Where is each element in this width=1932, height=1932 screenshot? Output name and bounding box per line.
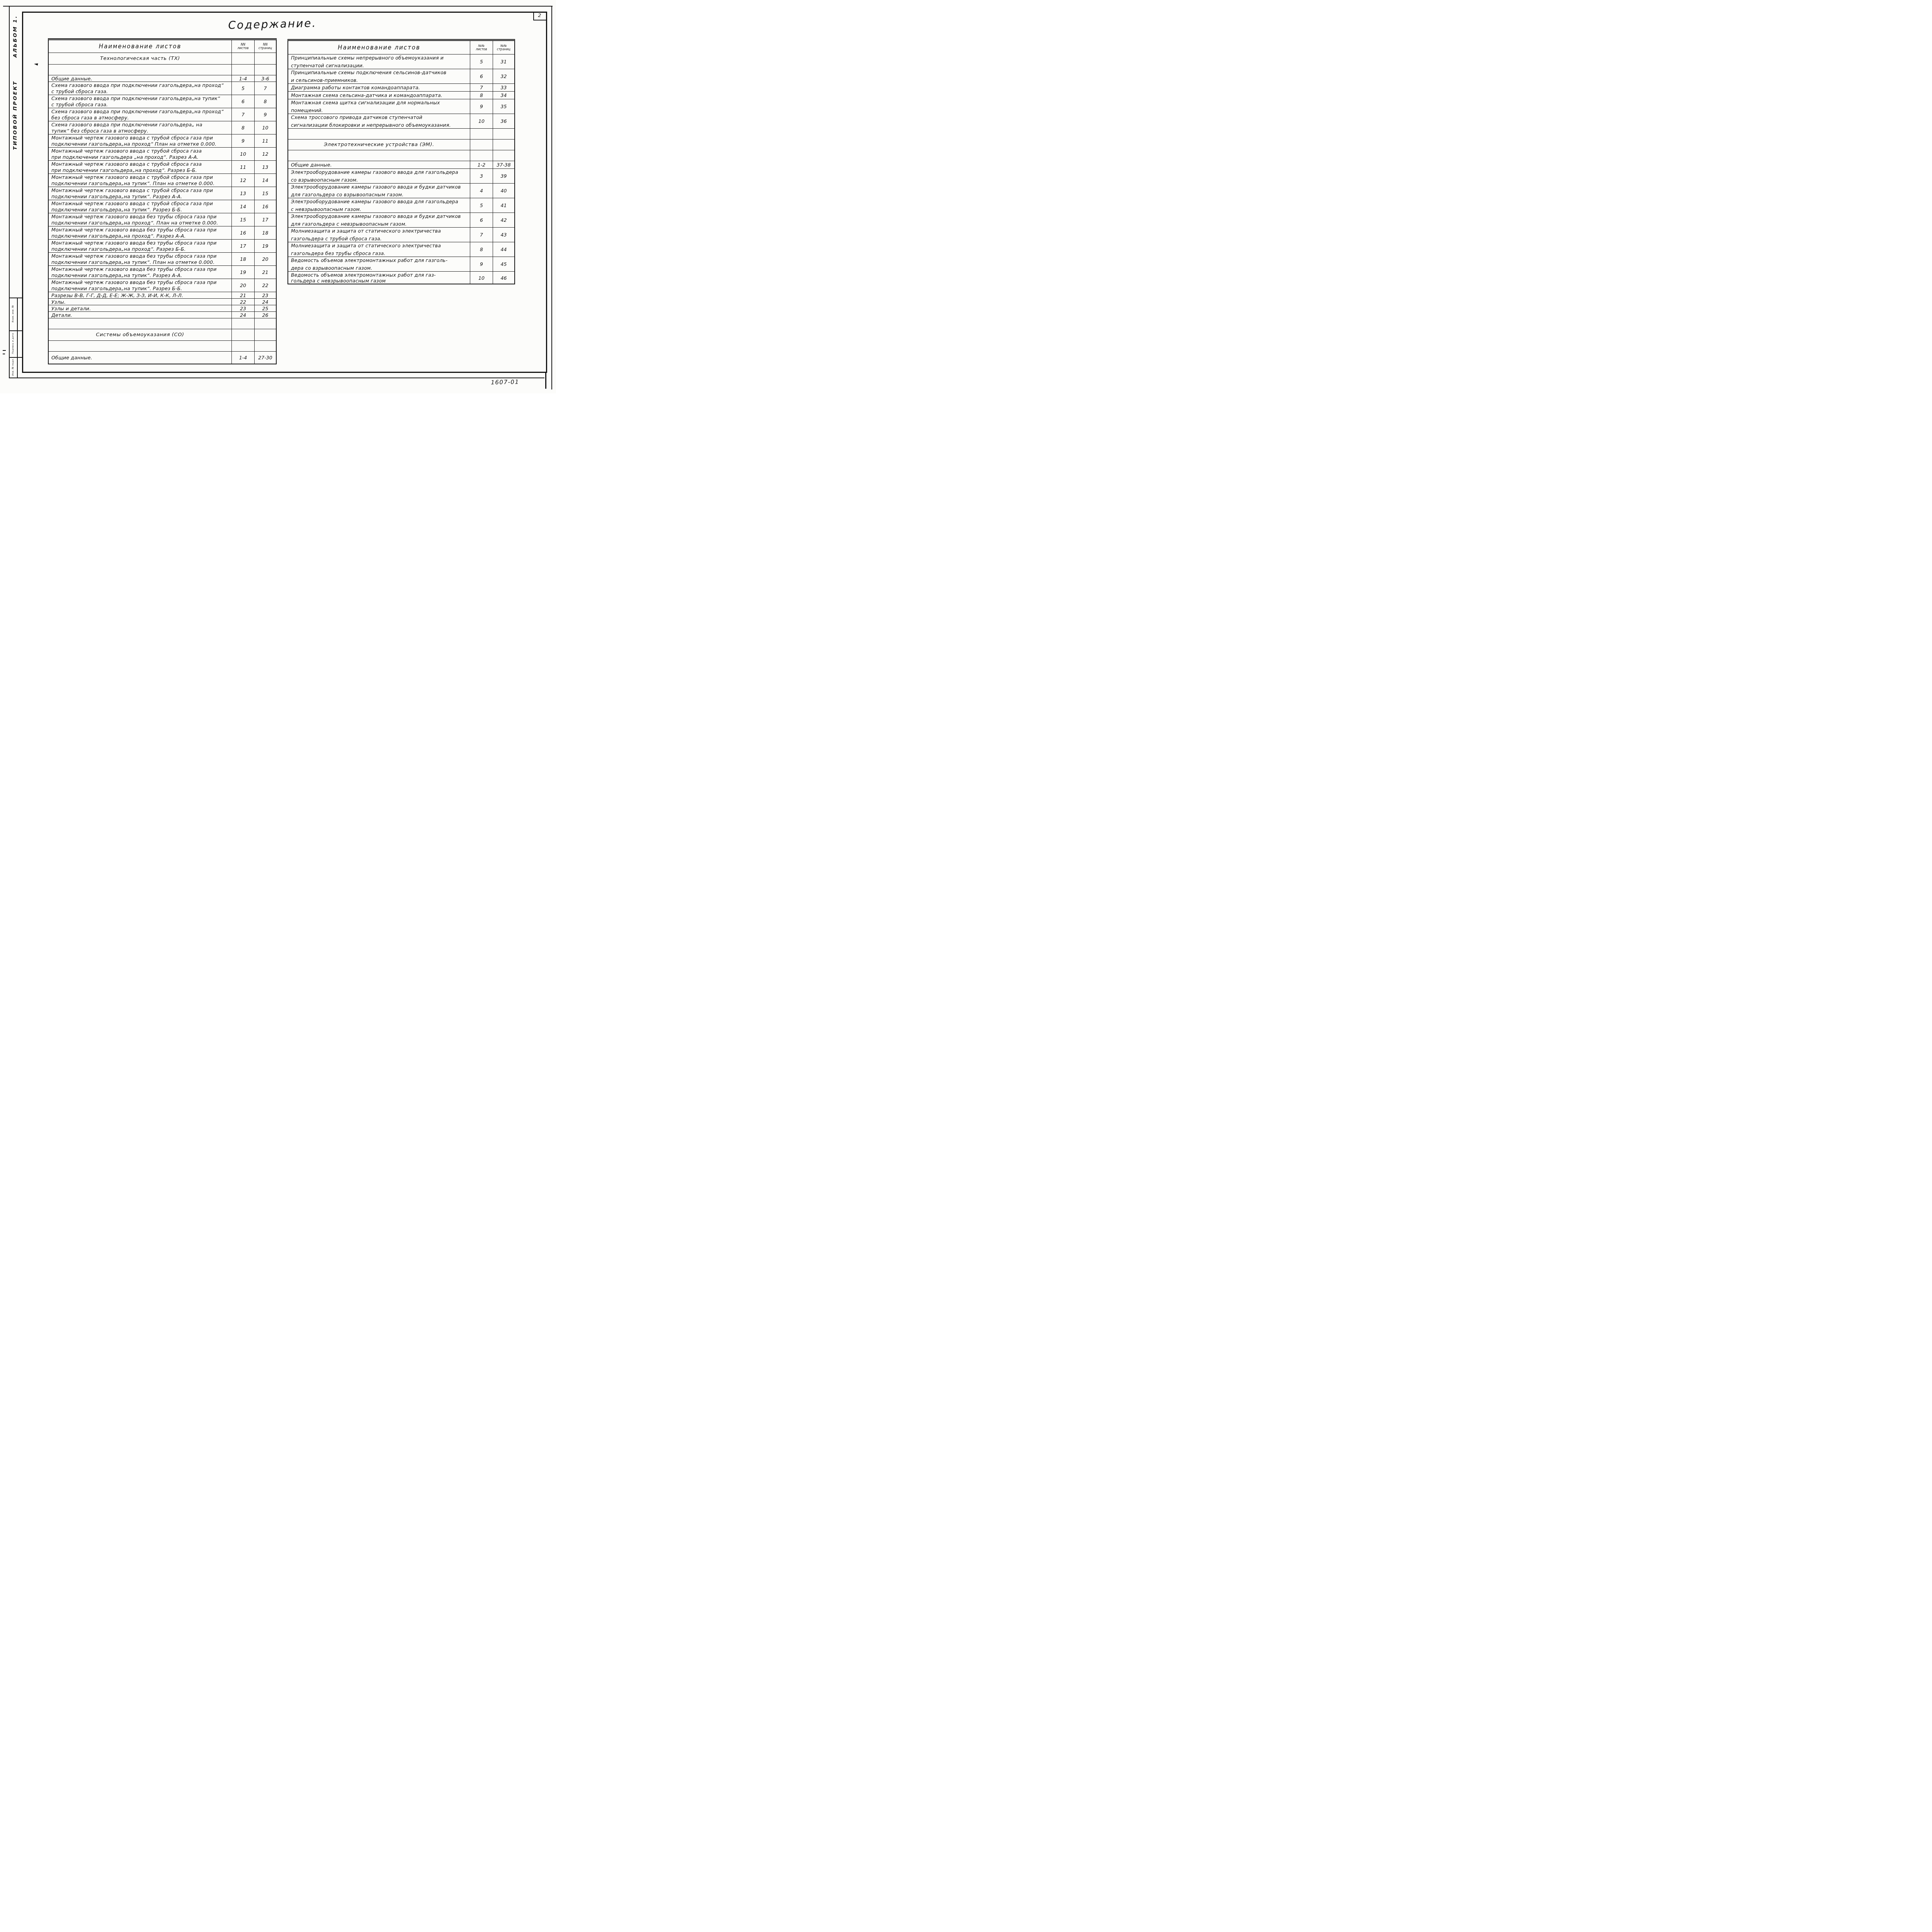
sheet-name-cell: Молниезащита и защита от статического эл… — [288, 242, 470, 257]
sheet-number-cell: 8 — [231, 121, 254, 134]
sheet-name-cell: Ведомость объемов электромонтажных работ… — [288, 272, 470, 284]
table-row: Диаграмма работы контактов командоаппара… — [288, 84, 514, 92]
sheet-name-cell: Монтажный чертеж газового ввода с трубой… — [49, 148, 231, 160]
stamp-divider-2 — [9, 357, 23, 358]
sheet-number-cell: 5 — [470, 54, 493, 69]
sheet-name-cell: Электрооборудование камеры газового ввод… — [288, 213, 470, 227]
outer-border-bottom — [9, 378, 544, 378]
table-row: Электрооборудование камеры газового ввод… — [288, 213, 514, 228]
blank-row — [288, 150, 514, 161]
page-number-cell: 43 — [493, 228, 514, 242]
column-header-sheets: NN листов — [231, 40, 254, 53]
sheet-name-cell: Общие данные. — [288, 161, 470, 168]
blank-row — [49, 318, 276, 329]
sheet-number-cell: 5 — [231, 82, 254, 95]
sheet-name-cell: Монтажный чертеж газового ввода с трубой… — [49, 161, 231, 173]
page-number-cell: 11 — [254, 134, 276, 147]
sheet-name-cell: Технологическая часть (ТХ) — [49, 53, 231, 64]
table-row: Электрооборудование камеры газового ввод… — [288, 198, 514, 213]
frame-right-extension — [545, 372, 546, 389]
table-row: Узлы и детали.2325 — [49, 305, 276, 312]
page-number-cell: 37-38 — [493, 161, 514, 168]
column-header-name: Наименование листов — [49, 40, 231, 53]
page-number-cell: 18 — [254, 226, 276, 239]
page-number-cell: 21 — [254, 266, 276, 279]
sheet-name-cell — [49, 341, 231, 351]
sheet-name-cell: Монтажный чертеж газового ввода без труб… — [49, 213, 231, 226]
sheet-number-cell — [231, 318, 254, 329]
sheet-number-cell — [470, 150, 493, 161]
sheet-number-cell — [231, 53, 254, 64]
column-header-name: Наименование листов — [288, 41, 470, 54]
table-row: Схема газового ввода при подключении газ… — [49, 95, 276, 108]
sheet-name-cell: Схема троссового привода датчиков ступен… — [288, 114, 470, 128]
table-row: Монтажный чертеж газового ввода с трубой… — [49, 200, 276, 213]
sheet-name-cell: Схема газового ввода при подключении газ… — [49, 121, 231, 134]
margin-tick-2 — [3, 354, 5, 354]
margin-project-note: ТИПОВОЙ ПРОЕКТ — [12, 78, 19, 152]
page-number-cell: 19 — [254, 240, 276, 252]
column-header-sheets: №№ листов — [470, 41, 493, 54]
page-number-box-bottom — [533, 20, 546, 20]
sheet-name-cell: Монтажная схема сельсина-датчика и коман… — [288, 92, 470, 99]
sheet-number-cell: 16 — [231, 226, 254, 239]
table-row: Молниезащита и защита от статического эл… — [288, 228, 514, 242]
sheet-number-cell: 22 — [231, 299, 254, 305]
page-number-cell: 40 — [493, 184, 514, 198]
section-row: Электротехнические устройства (ЭМ). — [288, 139, 514, 150]
margin-tick-1 — [3, 350, 6, 351]
sheet-number-cell: 7 — [470, 84, 493, 91]
page-number-cell: 25 — [254, 305, 276, 311]
page-number-cell: 44 — [493, 242, 514, 257]
sheet-number-cell: 9 — [470, 257, 493, 271]
contents-table-right: Наименование листов №№ листов №№ страниц… — [287, 39, 515, 284]
page-number-cell: 46 — [493, 272, 514, 284]
stamp-divider-vertical — [17, 298, 18, 378]
table-row: Молниезащита и защита от статического эл… — [288, 242, 514, 257]
sheet-number-cell: 10 — [470, 272, 493, 284]
sheet-number-cell: 3 — [470, 169, 493, 183]
sheet-name-cell: Узлы. — [49, 299, 231, 305]
table-row: Монтажный чертеж газового ввода с трубой… — [49, 134, 276, 148]
sheet-number-cell: 8 — [470, 242, 493, 257]
sheet-number-cell: 20 — [231, 279, 254, 292]
table-row: Монтажная схема щитка сигнализации для н… — [288, 99, 514, 114]
sheet-number-cell — [470, 129, 493, 139]
sheet-number-cell: 14 — [231, 200, 254, 213]
sheet-name-cell: Монтажный чертеж газового ввода без труб… — [49, 226, 231, 239]
sheet-name-cell: Монтажный чертеж газового ввода с трубой… — [49, 187, 231, 200]
page-number-cell: 36 — [493, 114, 514, 128]
sheet-number-cell: 8 — [470, 92, 493, 99]
page-number-cell: 34 — [493, 92, 514, 99]
sheet-name-cell: Ведомость объемов электромонтажных работ… — [288, 257, 470, 271]
sheet-number-cell: 18 — [231, 253, 254, 265]
table-row: Принципиальные схемы непрерывного объемо… — [288, 54, 514, 69]
table-row: Электрооборудование камеры газового ввод… — [288, 184, 514, 198]
sheet-name-cell: Электротехнические устройства (ЭМ). — [288, 139, 470, 150]
sheet-name-cell — [288, 150, 470, 161]
page-number-cell: 16 — [254, 200, 276, 213]
page-number-cell: 20 — [254, 253, 276, 265]
blank-row — [288, 129, 514, 139]
sheet-number-cell: 11 — [231, 161, 254, 173]
page-number-cell — [254, 53, 276, 64]
sheet-name-cell: Электрооборудование камеры газового ввод… — [288, 198, 470, 213]
page-number-cell: 26 — [254, 312, 276, 318]
sheet-number-cell: 10 — [231, 148, 254, 160]
stamp-border-left — [9, 298, 10, 378]
sheet-name-cell — [49, 65, 231, 75]
sheet-number-cell: 13 — [231, 187, 254, 200]
page-number-cell: 22 — [254, 279, 276, 292]
sheet-number-cell: 17 — [231, 240, 254, 252]
sheet-number-cell: 6 — [470, 213, 493, 227]
sheet-name-cell — [49, 318, 231, 329]
document-number: 1607-01 — [479, 378, 531, 386]
sheet-number-cell: 12 — [231, 174, 254, 187]
page-number-cell: 17 — [254, 213, 276, 226]
page-number-cell: 23 — [254, 292, 276, 298]
page-number-cell: 32 — [493, 69, 514, 83]
table-row: Электрооборудование камеры газового ввод… — [288, 169, 514, 184]
sheet-number-cell: 21 — [231, 292, 254, 298]
stamp-label-inv-podl: Инв. № подл. — [12, 356, 15, 378]
table-row: Схема газового ввода при подключении газ… — [49, 121, 276, 134]
sheet-number-cell: 1-4 — [231, 352, 254, 364]
table-header-row: Наименование листов NN листов NN страниц — [49, 40, 276, 53]
margin-album-note: АЛЬБОМ 1. — [12, 9, 19, 63]
page-number: 2 — [533, 12, 546, 20]
page-number-cell: 42 — [493, 213, 514, 227]
page-number-cell — [493, 139, 514, 150]
sheet-number-cell: 19 — [231, 266, 254, 279]
sheet-number-cell: 4 — [470, 184, 493, 198]
sheet-name-cell: Монтажный чертеж газового ввода без труб… — [49, 279, 231, 292]
stamp-border-top — [9, 298, 23, 298]
page-number-cell: 13 — [254, 161, 276, 173]
sheet-name-cell: Монтажный чертеж газового ввода без труб… — [49, 253, 231, 265]
stamp-label-vzam-inv: Взам. инв. № — [12, 298, 15, 330]
table-row: Узлы.2224 — [49, 299, 276, 305]
sheet-number-cell: 6 — [470, 69, 493, 83]
sheet-name-cell: Молниезащита и защита от статического эл… — [288, 228, 470, 242]
sheet-name-cell: Разрезы В-В, Г-Г, Д-Д, Е-Е; Ж-Ж, З-З, И-… — [49, 292, 231, 298]
sheet-name-cell: Системы объемоуказания (СО) — [49, 329, 231, 340]
sheet-name-cell: Схема газового ввода при подключении газ… — [49, 108, 231, 121]
sheet-name-cell: Монтажный чертеж газового ввода без труб… — [49, 266, 231, 279]
table-row: Монтажный чертеж газового ввода без труб… — [49, 240, 276, 253]
page-number-cell — [254, 65, 276, 75]
sheet-name-cell: Монтажный чертеж газового ввода с трубой… — [49, 134, 231, 147]
sheet-name-cell: Диаграмма работы контактов командоаппара… — [288, 84, 470, 91]
table-row: Монтажный чертеж газового ввода без труб… — [49, 279, 276, 292]
blank-row — [49, 65, 276, 75]
table-row: Схема газового ввода при подключении газ… — [49, 108, 276, 121]
sheet-number-cell: 10 — [470, 114, 493, 128]
table-row: Монтажный чертеж газового ввода с трубой… — [49, 161, 276, 174]
sheet-name-cell: Общие данные. — [49, 352, 231, 364]
table-row: Общие данные.1-427-30 — [49, 352, 276, 364]
table-row: Общие данные.1-237-38 — [288, 161, 514, 169]
table-row: Монтажный чертеж газового ввода с трубой… — [49, 148, 276, 161]
sheet-name-cell: Электрооборудование камеры газового ввод… — [288, 184, 470, 198]
sheet-number-cell: 5 — [470, 198, 493, 213]
table-row: Монтажный чертеж газового ввода без труб… — [49, 266, 276, 279]
sheet-number-cell: 1-2 — [470, 161, 493, 168]
sheet-number-cell: 1-4 — [231, 75, 254, 82]
page-number-cell: 27-30 — [254, 352, 276, 364]
page-number-cell: 8 — [254, 95, 276, 108]
table-row: Общие данные.1-43-6 — [49, 75, 276, 82]
table-row: Ведомость объемов электромонтажных работ… — [288, 257, 514, 272]
table-row: Ведомость объемов электромонтажных работ… — [288, 272, 514, 284]
table-row: Монтажный чертеж газового ввода с трубой… — [49, 174, 276, 187]
table-row: Монтажный чертеж газового ввода без труб… — [49, 253, 276, 266]
page-number-cell — [493, 129, 514, 139]
page-number-cell: 24 — [254, 299, 276, 305]
sheet-number-cell: 24 — [231, 312, 254, 318]
sheet-name-cell: Схема газового ввода при подключении газ… — [49, 95, 231, 108]
sheet-name-cell: Монтажная схема щитка сигнализации для н… — [288, 99, 470, 114]
stamp-divider-1 — [9, 330, 23, 331]
page-number-cell: 33 — [493, 84, 514, 91]
table-row: Монтажный чертеж газового ввода с трубой… — [49, 187, 276, 200]
page-number-cell — [254, 318, 276, 329]
stamp-label-podpis-data: Подпись и дата — [12, 327, 15, 360]
column-header-pages: NN страниц — [254, 40, 276, 53]
table-row: Монтажный чертеж газового ввода без труб… — [49, 213, 276, 226]
sheet-number-cell: 9 — [470, 99, 493, 114]
page-number-cell: 3-6 — [254, 75, 276, 82]
blank-row — [49, 341, 276, 352]
sheet-number-cell: 9 — [231, 134, 254, 147]
sheet-number-cell: 7 — [470, 228, 493, 242]
sheet-number-cell: 6 — [231, 95, 254, 108]
sheet-name-cell: Детали. — [49, 312, 231, 318]
page-number-cell: 35 — [493, 99, 514, 114]
sheet-number-cell: 7 — [231, 108, 254, 121]
sheet-name-cell: Узлы и детали. — [49, 305, 231, 311]
sheet-number-cell — [231, 65, 254, 75]
page-number-cell: 31 — [493, 54, 514, 69]
table-row: Разрезы В-В, Г-Г, Д-Д, Е-Е; Ж-Ж, З-З, И-… — [49, 292, 276, 299]
page-number-cell: 9 — [254, 108, 276, 121]
page-number-cell — [254, 341, 276, 351]
page-number-cell — [493, 150, 514, 161]
page-number-cell — [254, 329, 276, 340]
sheet-name-cell: Монтажный чертеж газового ввода с трубой… — [49, 174, 231, 187]
page-number-cell: 15 — [254, 187, 276, 200]
sheet-name-cell: Принципиальные схемы подключения сельсин… — [288, 69, 470, 83]
sheet-number-cell: 15 — [231, 213, 254, 226]
sheet-name-cell: Общие данные. — [49, 75, 231, 82]
page-number-cell: 12 — [254, 148, 276, 160]
sheet-number-cell: 23 — [231, 305, 254, 311]
table-row: Монтажная схема сельсина-датчика и коман… — [288, 92, 514, 99]
page-number-cell: 41 — [493, 198, 514, 213]
table-row: Схема газового ввода при подключении газ… — [49, 82, 276, 95]
page-number-cell: 10 — [254, 121, 276, 134]
drawing-sheet: Содержание. 2 АЛЬБОМ 1. ТИПОВОЙ ПРОЕКТ В… — [0, 0, 556, 393]
page-number-cell: 45 — [493, 257, 514, 271]
section-row: Технологическая часть (ТХ) — [49, 53, 276, 65]
sheet-number-cell — [231, 341, 254, 351]
table-header-row: Наименование листов №№ листов №№ страниц — [288, 41, 514, 54]
sheet-name-cell: Монтажный чертеж газового ввода с трубой… — [49, 200, 231, 213]
page-number-cell: 7 — [254, 82, 276, 95]
page-number-cell: 14 — [254, 174, 276, 187]
table-row: Детали.2426 — [49, 312, 276, 318]
table-row: Схема троссового привода датчиков ступен… — [288, 114, 514, 129]
table-row: Принципиальные схемы подключения сельсин… — [288, 69, 514, 84]
page-number-cell: 39 — [493, 169, 514, 183]
contents-table-left: Наименование листов NN листов NN страниц… — [48, 38, 277, 364]
outer-border-top — [3, 6, 553, 7]
sheet-name-cell — [288, 129, 470, 139]
sheet-name-cell: Схема газового ввода при подключении газ… — [49, 82, 231, 95]
column-header-pages: №№ страниц — [493, 41, 514, 54]
sheet-number-cell — [231, 329, 254, 340]
sheet-name-cell: Монтажный чертеж газового ввода без труб… — [49, 240, 231, 252]
outer-border-right — [551, 6, 552, 389]
section-row: Системы объемоуказания (СО) — [49, 329, 276, 341]
sheet-name-cell: Принципиальные схемы непрерывного объемо… — [288, 54, 470, 69]
sheet-name-cell: Электрооборудование камеры газового ввод… — [288, 169, 470, 183]
table-row: Монтажный чертеж газового ввода без труб… — [49, 226, 276, 240]
sheet-number-cell — [470, 139, 493, 150]
